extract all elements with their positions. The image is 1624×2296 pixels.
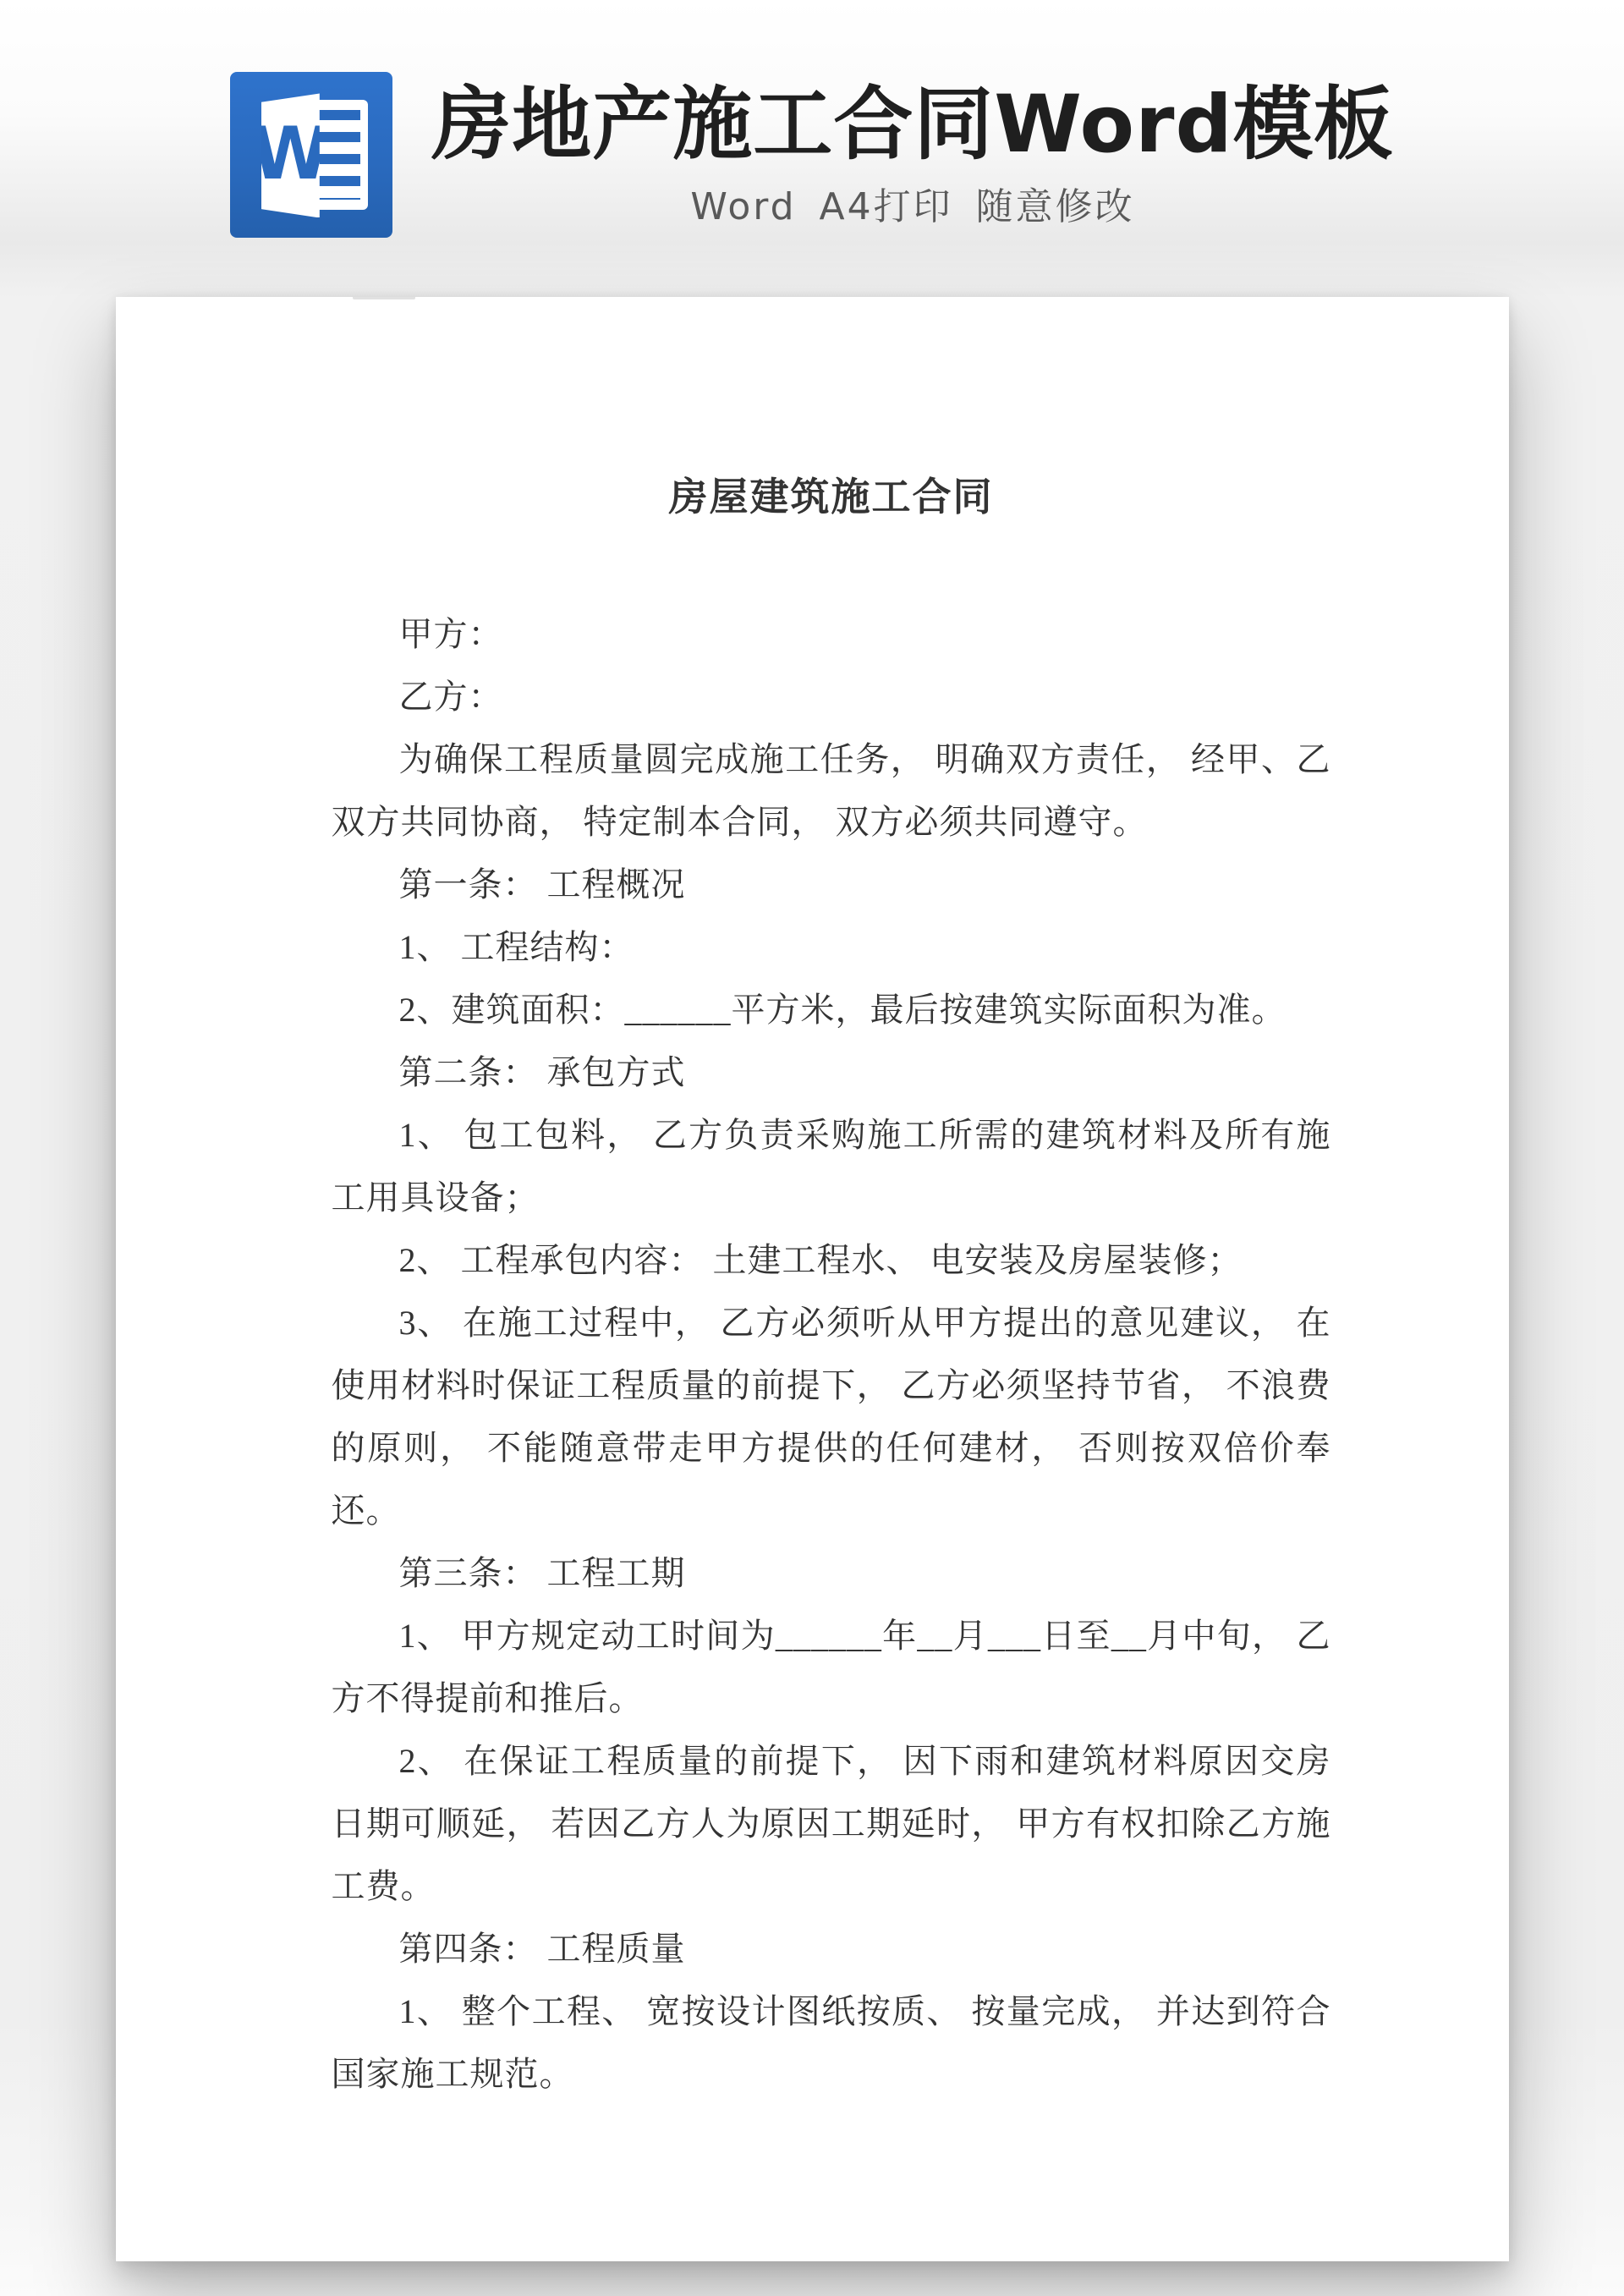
contract-paragraph: 1、 工程结构：	[332, 916, 1331, 979]
contract-paragraph: 乙方：	[332, 666, 1331, 728]
word-icon-letter: W	[250, 118, 331, 190]
page-edge-smudge	[353, 297, 415, 299]
contract-paragraph: 1、 包工包料， 乙方负责采购施工所需的建筑材料及所有施工用具设备；	[332, 1104, 1331, 1229]
contract-paragraph: 甲方：	[332, 603, 1331, 666]
contract-paragraph: 为确保工程质量圆完成施工任务， 明确双方责任， 经甲、乙双方共同协商， 特定制本…	[332, 728, 1331, 854]
contract-paragraph: 1、 整个工程、 宽按设计图纸按质、 按量完成， 并达到符合国家施工规范。	[332, 1980, 1331, 2106]
template-preview: W 房地产施工合同Word模板 Word A4打印 随意修改 房屋建筑施工合同 …	[0, 0, 1624, 2296]
banner-text-block: 房地产施工合同Word模板 Word A4打印 随意修改	[431, 80, 1394, 230]
contract-paragraph: 第四条： 工程质量	[332, 1918, 1331, 1980]
banner-subtitle: Word A4打印 随意修改	[690, 176, 1134, 230]
word-icon-cover: W	[261, 93, 320, 217]
contract-paragraph: 1、 甲方规定动工时间为______年__月___日至__月中旬， 乙方不得提前…	[332, 1605, 1331, 1730]
banner-title: 房地产施工合同Word模板	[431, 80, 1394, 171]
banner: W 房地产施工合同Word模板 Word A4打印 随意修改	[0, 0, 1624, 262]
contract-paragraph: 第三条： 工程工期	[332, 1542, 1331, 1605]
document-title: 房屋建筑施工合同	[332, 466, 1331, 529]
contract-paragraph: 2、 工程承包内容： 土建工程水、 电安装及房屋装修；	[332, 1229, 1331, 1292]
contract-paragraph: 第二条： 承包方式	[332, 1041, 1331, 1104]
document-page: 房屋建筑施工合同 甲方：乙方：为确保工程质量圆完成施工任务， 明确双方责任， 经…	[116, 297, 1509, 2261]
word-app-icon: W	[230, 72, 392, 238]
contract-paragraph: 2、 在保证工程质量的前提下， 因下雨和建筑材料原因交房日期可顺延， 若因乙方人…	[332, 1730, 1331, 1918]
contract-paragraph: 3、 在施工过程中， 乙方必须听从甲方提出的意见建议， 在使用材料时保证工程质量…	[332, 1292, 1331, 1542]
document-body: 甲方：乙方：为确保工程质量圆完成施工任务， 明确双方责任， 经甲、乙双方共同协商…	[332, 603, 1331, 2106]
contract-paragraph: 第一条： 工程概况	[332, 854, 1331, 916]
contract-paragraph: 2、建筑面积：______平方米，最后按建筑实际面积为准。	[332, 979, 1331, 1041]
